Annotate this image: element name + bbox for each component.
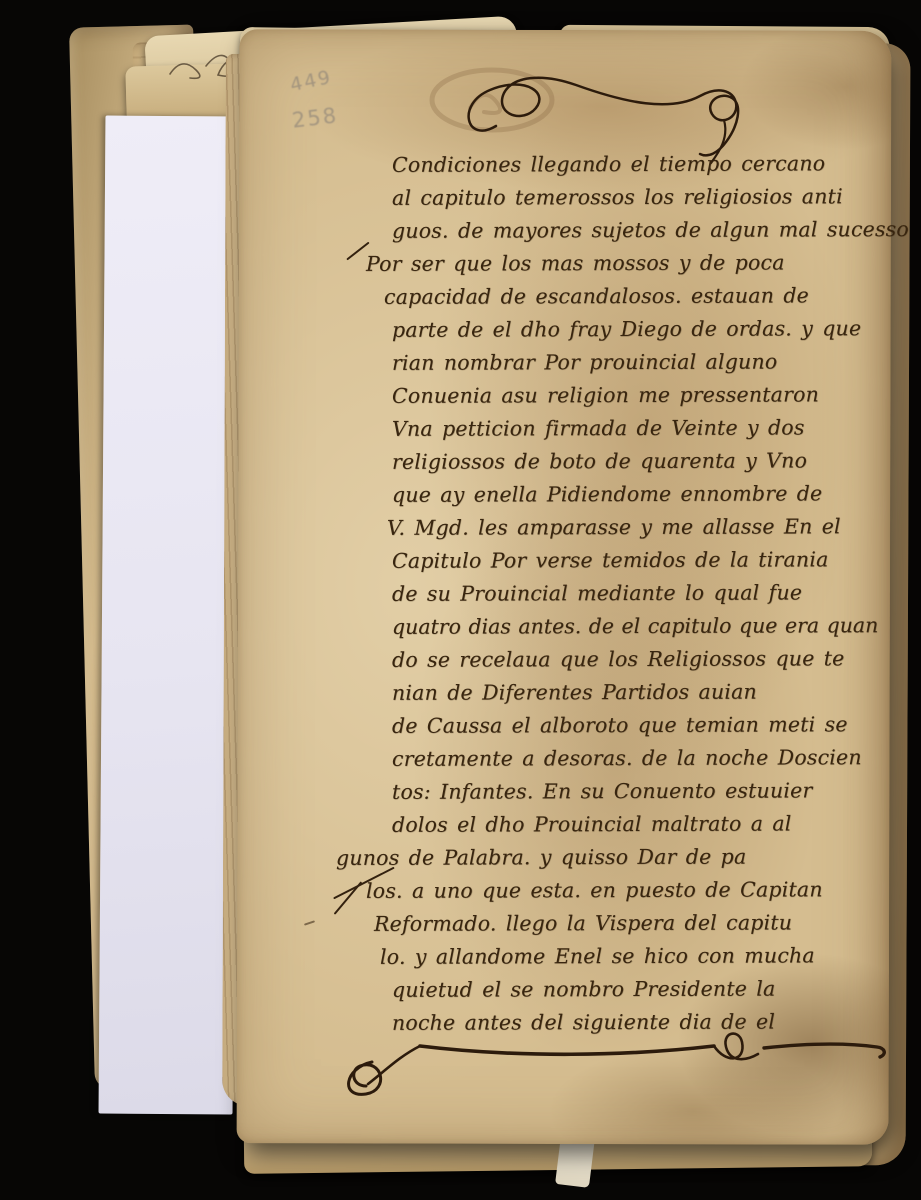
manuscript-line: rian nombrar Por prouincial alguno [392,345,884,380]
manuscript-line: cretamente a desoras. de la noche Doscie… [392,741,884,776]
manuscript-line: que ay enella Pidiendome ennombre de [392,477,884,512]
manuscript-line: tos: Infantes. En su Conuento estuuier [392,774,884,809]
manuscript-line: al capitulo temerossos los religiosios a… [392,180,884,215]
manuscript-text-block: Condiciones llegando el tiempo cercano a… [392,148,884,1048]
scanned-manuscript-page: 449 258 Condiciones llegando el tiempo c… [0,0,921,1200]
manuscript-line: Capitulo Por verse temidos de la tirania [392,543,884,578]
manuscript-line: do se recelaua que los Religiossos que t… [392,642,884,677]
manuscript-line: gunos de Palabra. y quisso Dar de pa [336,840,884,875]
manuscript-line: dolos el dho Prouincial maltrato a al [392,807,884,842]
manuscript-line: quatro dias antes. de el capitulo que er… [392,609,884,644]
manuscript-line: Conuenia asu religion me pressentaron [392,378,884,413]
manuscript-line: de Caussa el alboroto que temian meti se [392,708,884,743]
manuscript-line: capacidad de escandalosos. estauan de [384,279,884,314]
manuscript-line: Vna petticion firmada de Veinte y dos [392,411,884,446]
manuscript-line: Reformado. llego la Vispera del capitu [374,906,884,941]
manuscript-line: religiossos de boto de quarenta y Vno [392,444,884,479]
manuscript-line: V. Mgd. les amparasse y me allasse En el [387,510,884,545]
insert-sheet [99,116,240,1115]
manuscript-line: los. a uno que esta. en puesto de Capita… [366,873,884,908]
manuscript-line: nian de Diferentes Partidos auian [392,675,884,710]
manuscript-line: parte de el dho fray Diego de ordas. y q… [392,312,884,347]
manuscript-line: Por ser que los mas mossos y de poca [366,246,884,281]
manuscript-line: Condiciones llegando el tiempo cercano [392,147,884,182]
manuscript-line: de su Prouincial mediante lo qual fue [392,576,884,611]
manuscript-line: lo. y allandome Enel se hico con mucha [380,939,884,974]
manuscript-line: guos. de mayores sujetos de algun mal su… [392,213,884,248]
manuscript-line: quietud el se nombro Presidente la [392,972,884,1007]
calligraphic-flourish-bottom [328,1026,900,1120]
